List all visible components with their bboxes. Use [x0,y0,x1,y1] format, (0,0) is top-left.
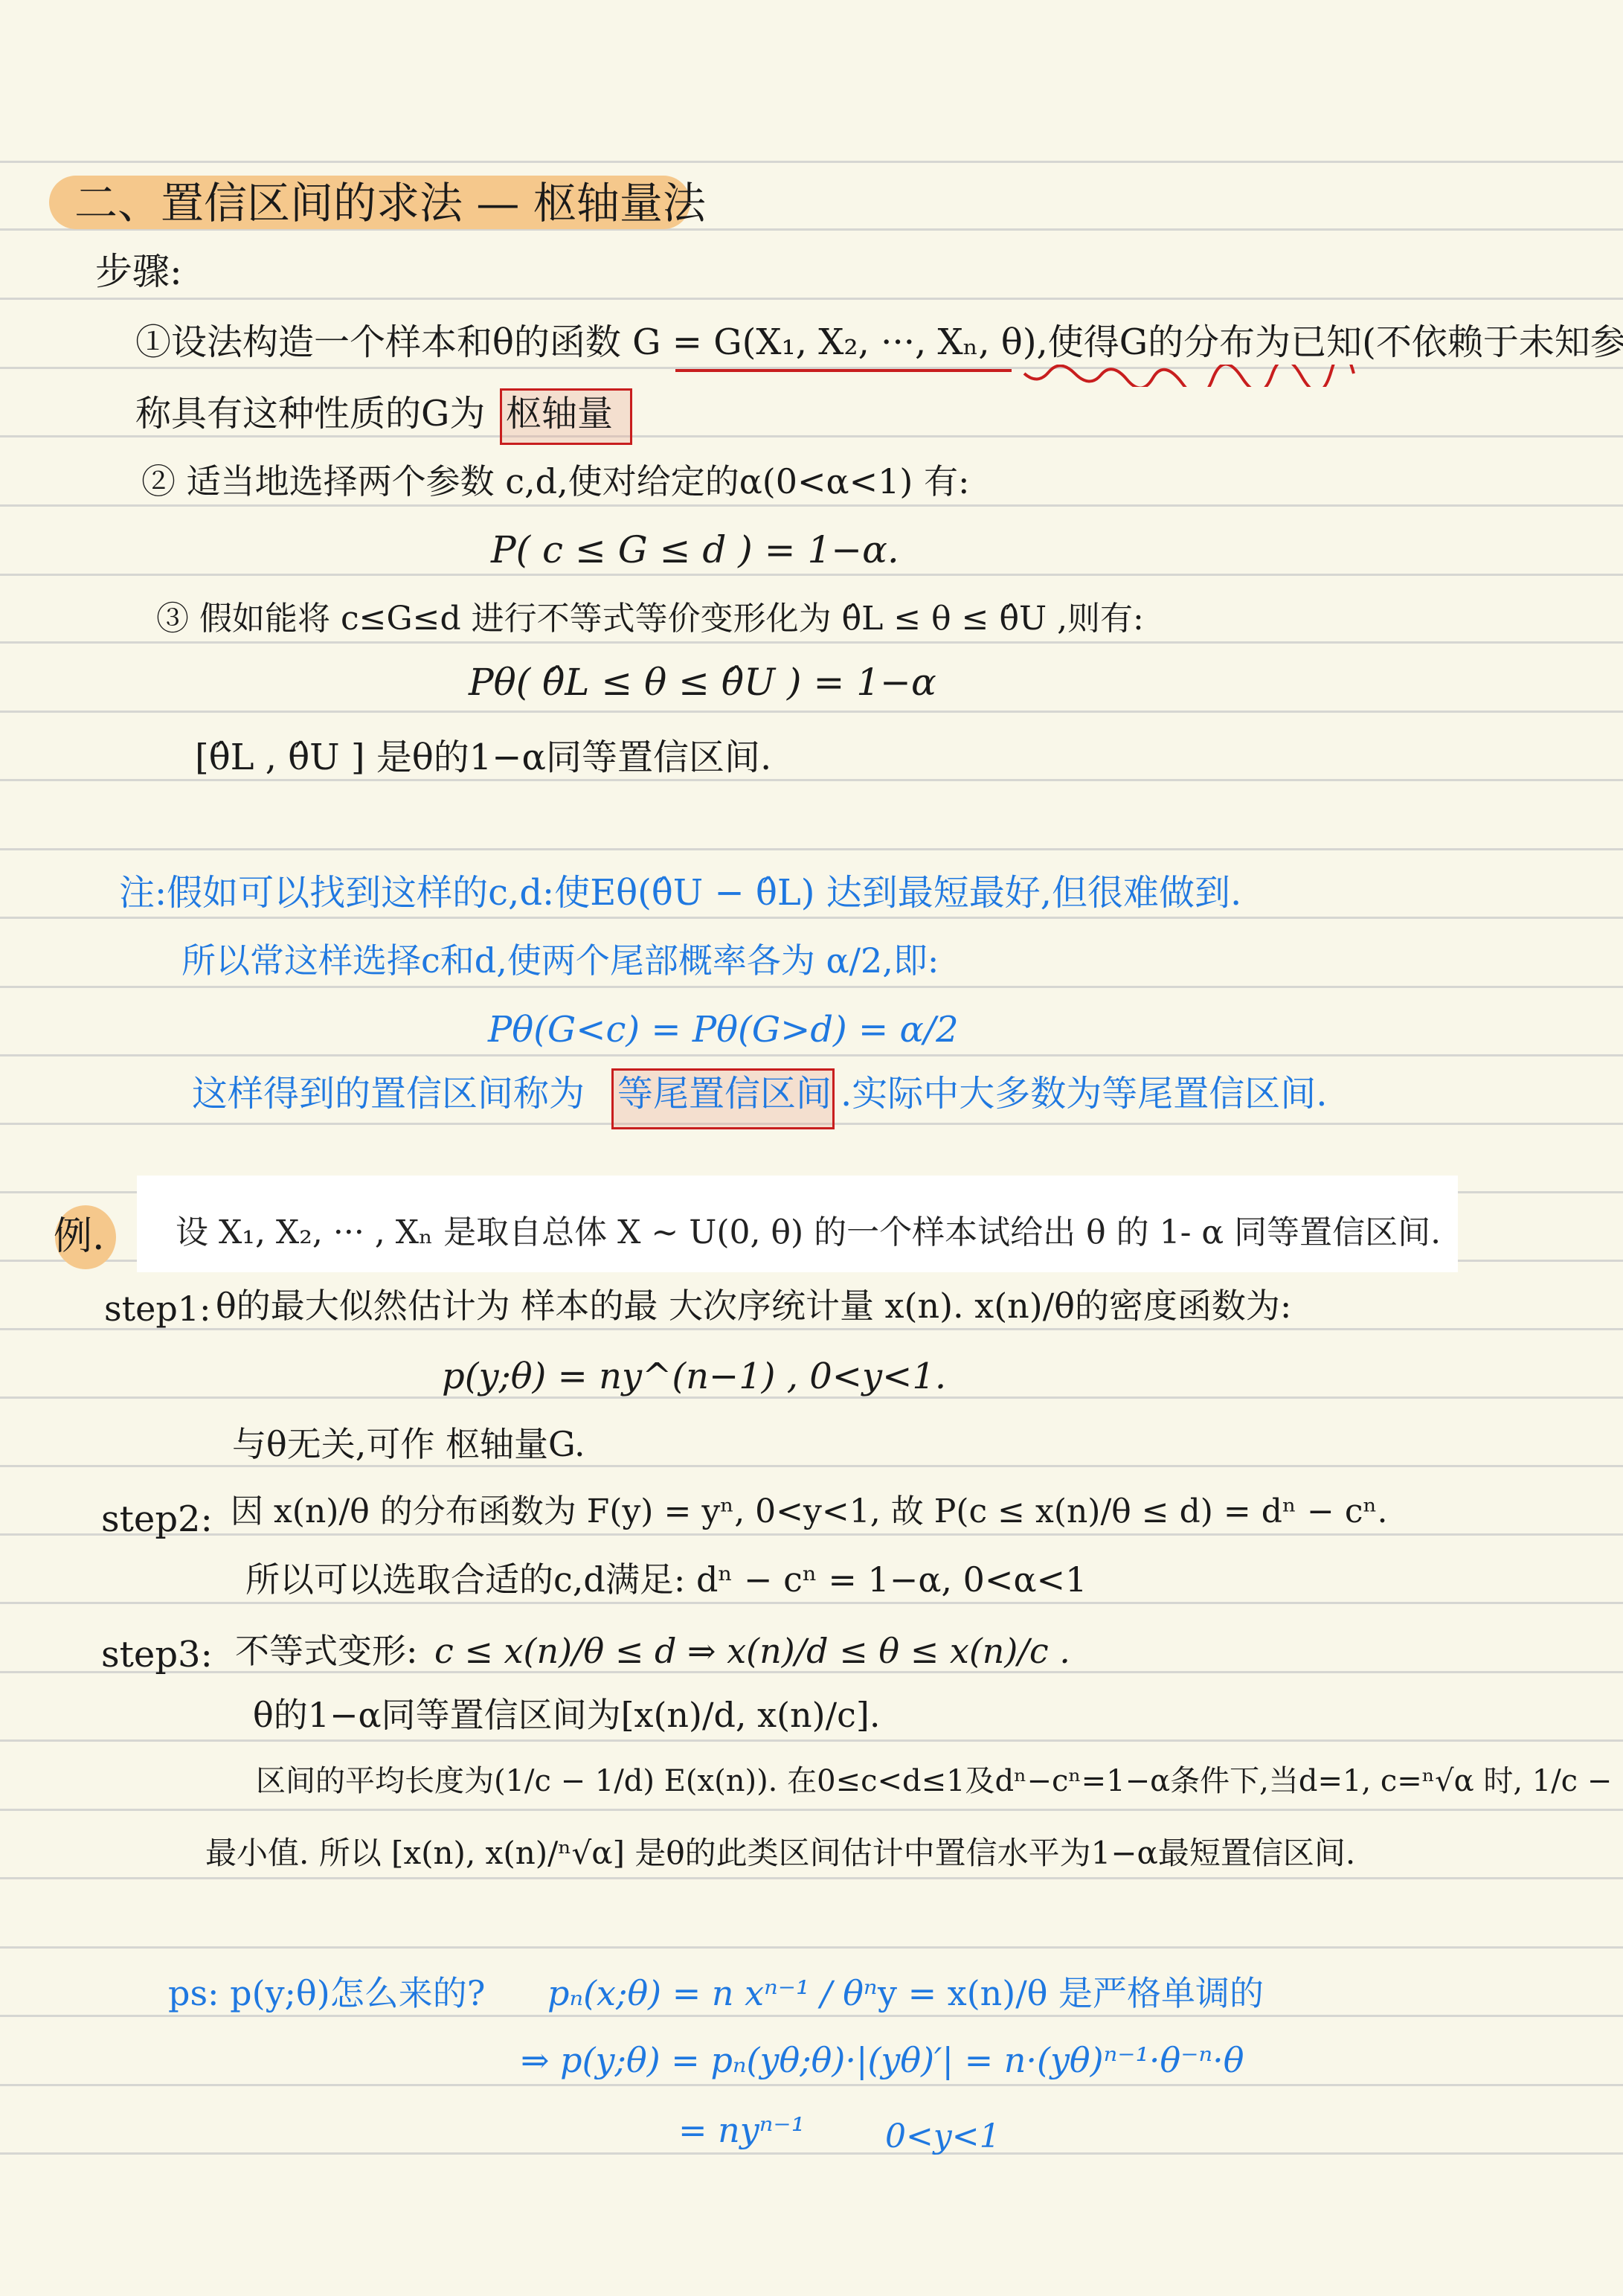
rule-line [0,504,1623,507]
steps-heading: 步骤: [95,253,182,290]
note-line4: 这样得到的置信区间称为 [192,1076,585,1112]
step1-line1: ①设法构造一个样本和θ的函数 G = G(X₁, X₂, ···, Xₙ, θ)… [135,324,1623,360]
step1-formula: G = G(X₁, X₂, ···, Xₙ, θ) [632,321,1036,363]
equal-tail-term: 等尾置信区间 [617,1076,832,1112]
rule-line [0,1739,1623,1742]
solution-step3-prefix: 不等式变形: [235,1634,418,1668]
rule-line [0,711,1623,713]
ps-question: ps: p(y;θ)怎么来的? [168,1976,485,2010]
rule-line [0,641,1623,644]
step3-line1: ③ 假如能将 c≤G≤d 进行不等式等价变形化为 θ̂L ≤ θ ≤ θ̂U ,… [156,603,1144,635]
solution-step2-text: 因 x(n)/θ 的分布函数为 F(y) = yⁿ, 0<y<1, 故 P(c … [231,1495,1388,1528]
rule-line [0,1602,1623,1604]
pivot-term: 枢轴量 [506,396,613,432]
rule-line [0,574,1623,576]
step1-line2-prefix: 称具有这种性质的G为 [135,393,485,434]
rule-line [0,848,1623,850]
solution-step1-formula: p(y;θ) = ny^(n−1) , 0<y<1. [442,1359,946,1394]
solution-step1-text: θ的最大似然估计为 样本的最 大次序统计量 x(n). x(n)/θ的密度函数为… [216,1289,1291,1323]
rule-line [0,1671,1623,1673]
rule-line [0,986,1623,988]
step1-paren-note: (不依赖于未知参数) [1362,321,1623,363]
note-line2: 所以常这样选择c和d,使两个尾部概率各为 α/2,即: [181,943,939,978]
solution-step3-line3: 区间的平均长度为(1/c − 1/d) E(x(n)). 在0≤c<d≤1及dⁿ… [256,1766,1623,1796]
rule-line [0,1465,1623,1467]
note-line1: 注:假如可以找到这样的c,d:使Eθ(θ̂U − θ̂L) 达到最短最好,但很难… [119,875,1241,911]
rule-line [0,2084,1623,2086]
ps-derivation: ⇒ p(y;θ) = pₙ(yθ;θ)·|(yθ)′| = n·(yθ)ⁿ⁻¹·… [521,2043,1244,2077]
ps-result: = nyⁿ⁻¹ [678,2113,805,2147]
step3-label: step3: [101,1637,213,1673]
rule-line [0,917,1623,919]
rule-line [0,298,1623,300]
step2-formula: P( c ≤ G ≤ d ) = 1−α. [491,531,899,568]
problem-statement: 设 X₁, X₂, ··· , Xₙ 是取自总体 X ~ U(0, θ) 的一个… [176,1205,1441,1253]
solution-step3-line4: 最小值. 所以 [x(n), x(n)/ⁿ√α] 是θ的此类区间估计中置信水平为… [205,1838,1355,1869]
ps-transform: y = x(n)/θ 是严格单调的 [878,1976,1264,2010]
step1-prefix: ①设法构造一个样本和θ的函数 [135,321,621,363]
page-title: 二、置信区间的求法 — 枢轴量法 [74,182,706,225]
red-wavy-underline [1023,365,1357,387]
example-badge: 例. [54,1217,105,1256]
step3-conclusion: [θ̂L , θ̂U ] 是θ的1−α同等置信区间. [195,740,771,775]
rule-line [0,2015,1623,2017]
rule-line [0,779,1623,781]
ps-range: 0<y<1 [885,2120,1000,2153]
step3-formula: Pθ( θ̂L ≤ θ ≤ θ̂U ) = 1−α [469,664,936,701]
step2-label: step2: [101,1501,213,1537]
note-formula: Pθ(G<c) = Pθ(G>d) = α/2 [488,1012,959,1048]
rule-line [0,1054,1623,1056]
rule-line [0,435,1623,437]
step1-line2: 称具有这种性质的G为 [135,396,485,432]
rule-line [0,2152,1623,2155]
solution-step1-note: 与θ无关,可作 枢轴量G. [232,1427,585,1461]
step1-underlined-phrase: ,使得G的分布为已知 [1037,321,1363,363]
rule-line [0,1877,1623,1879]
step2-line1: ② 适当地选择两个参数 c,d,使对给定的α(0<α<1) 有: [141,464,969,498]
solution-step3-line2: θ的1−α同等置信区间为[x(n)/d, x(n)/c]. [253,1698,880,1732]
note-line4-prefix: 这样得到的置信区间称为 [192,1073,585,1115]
rule-line [0,1946,1623,1949]
ps-pdf-formula: pₙ(x;θ) = n xⁿ⁻¹ / θⁿ [547,1976,878,2010]
rule-line [0,1328,1623,1330]
step1-label: step1: [104,1292,211,1326]
note-line4-suffix: .实际中大多数为等尾置信区间. [841,1076,1328,1112]
rule-line [0,1809,1623,1811]
red-underline [675,369,1012,372]
rule-line [0,161,1623,163]
rule-line [0,1533,1623,1536]
solution-step3-formula: c ≤ x(n)/θ ≤ d ⇒ x(n)/d ≤ θ ≤ x(n)/c . [434,1634,1070,1668]
solution-step2-line2: 所以可以选取合适的c,d满足: dⁿ − cⁿ = 1−α, 0<α<1 [245,1562,1087,1597]
